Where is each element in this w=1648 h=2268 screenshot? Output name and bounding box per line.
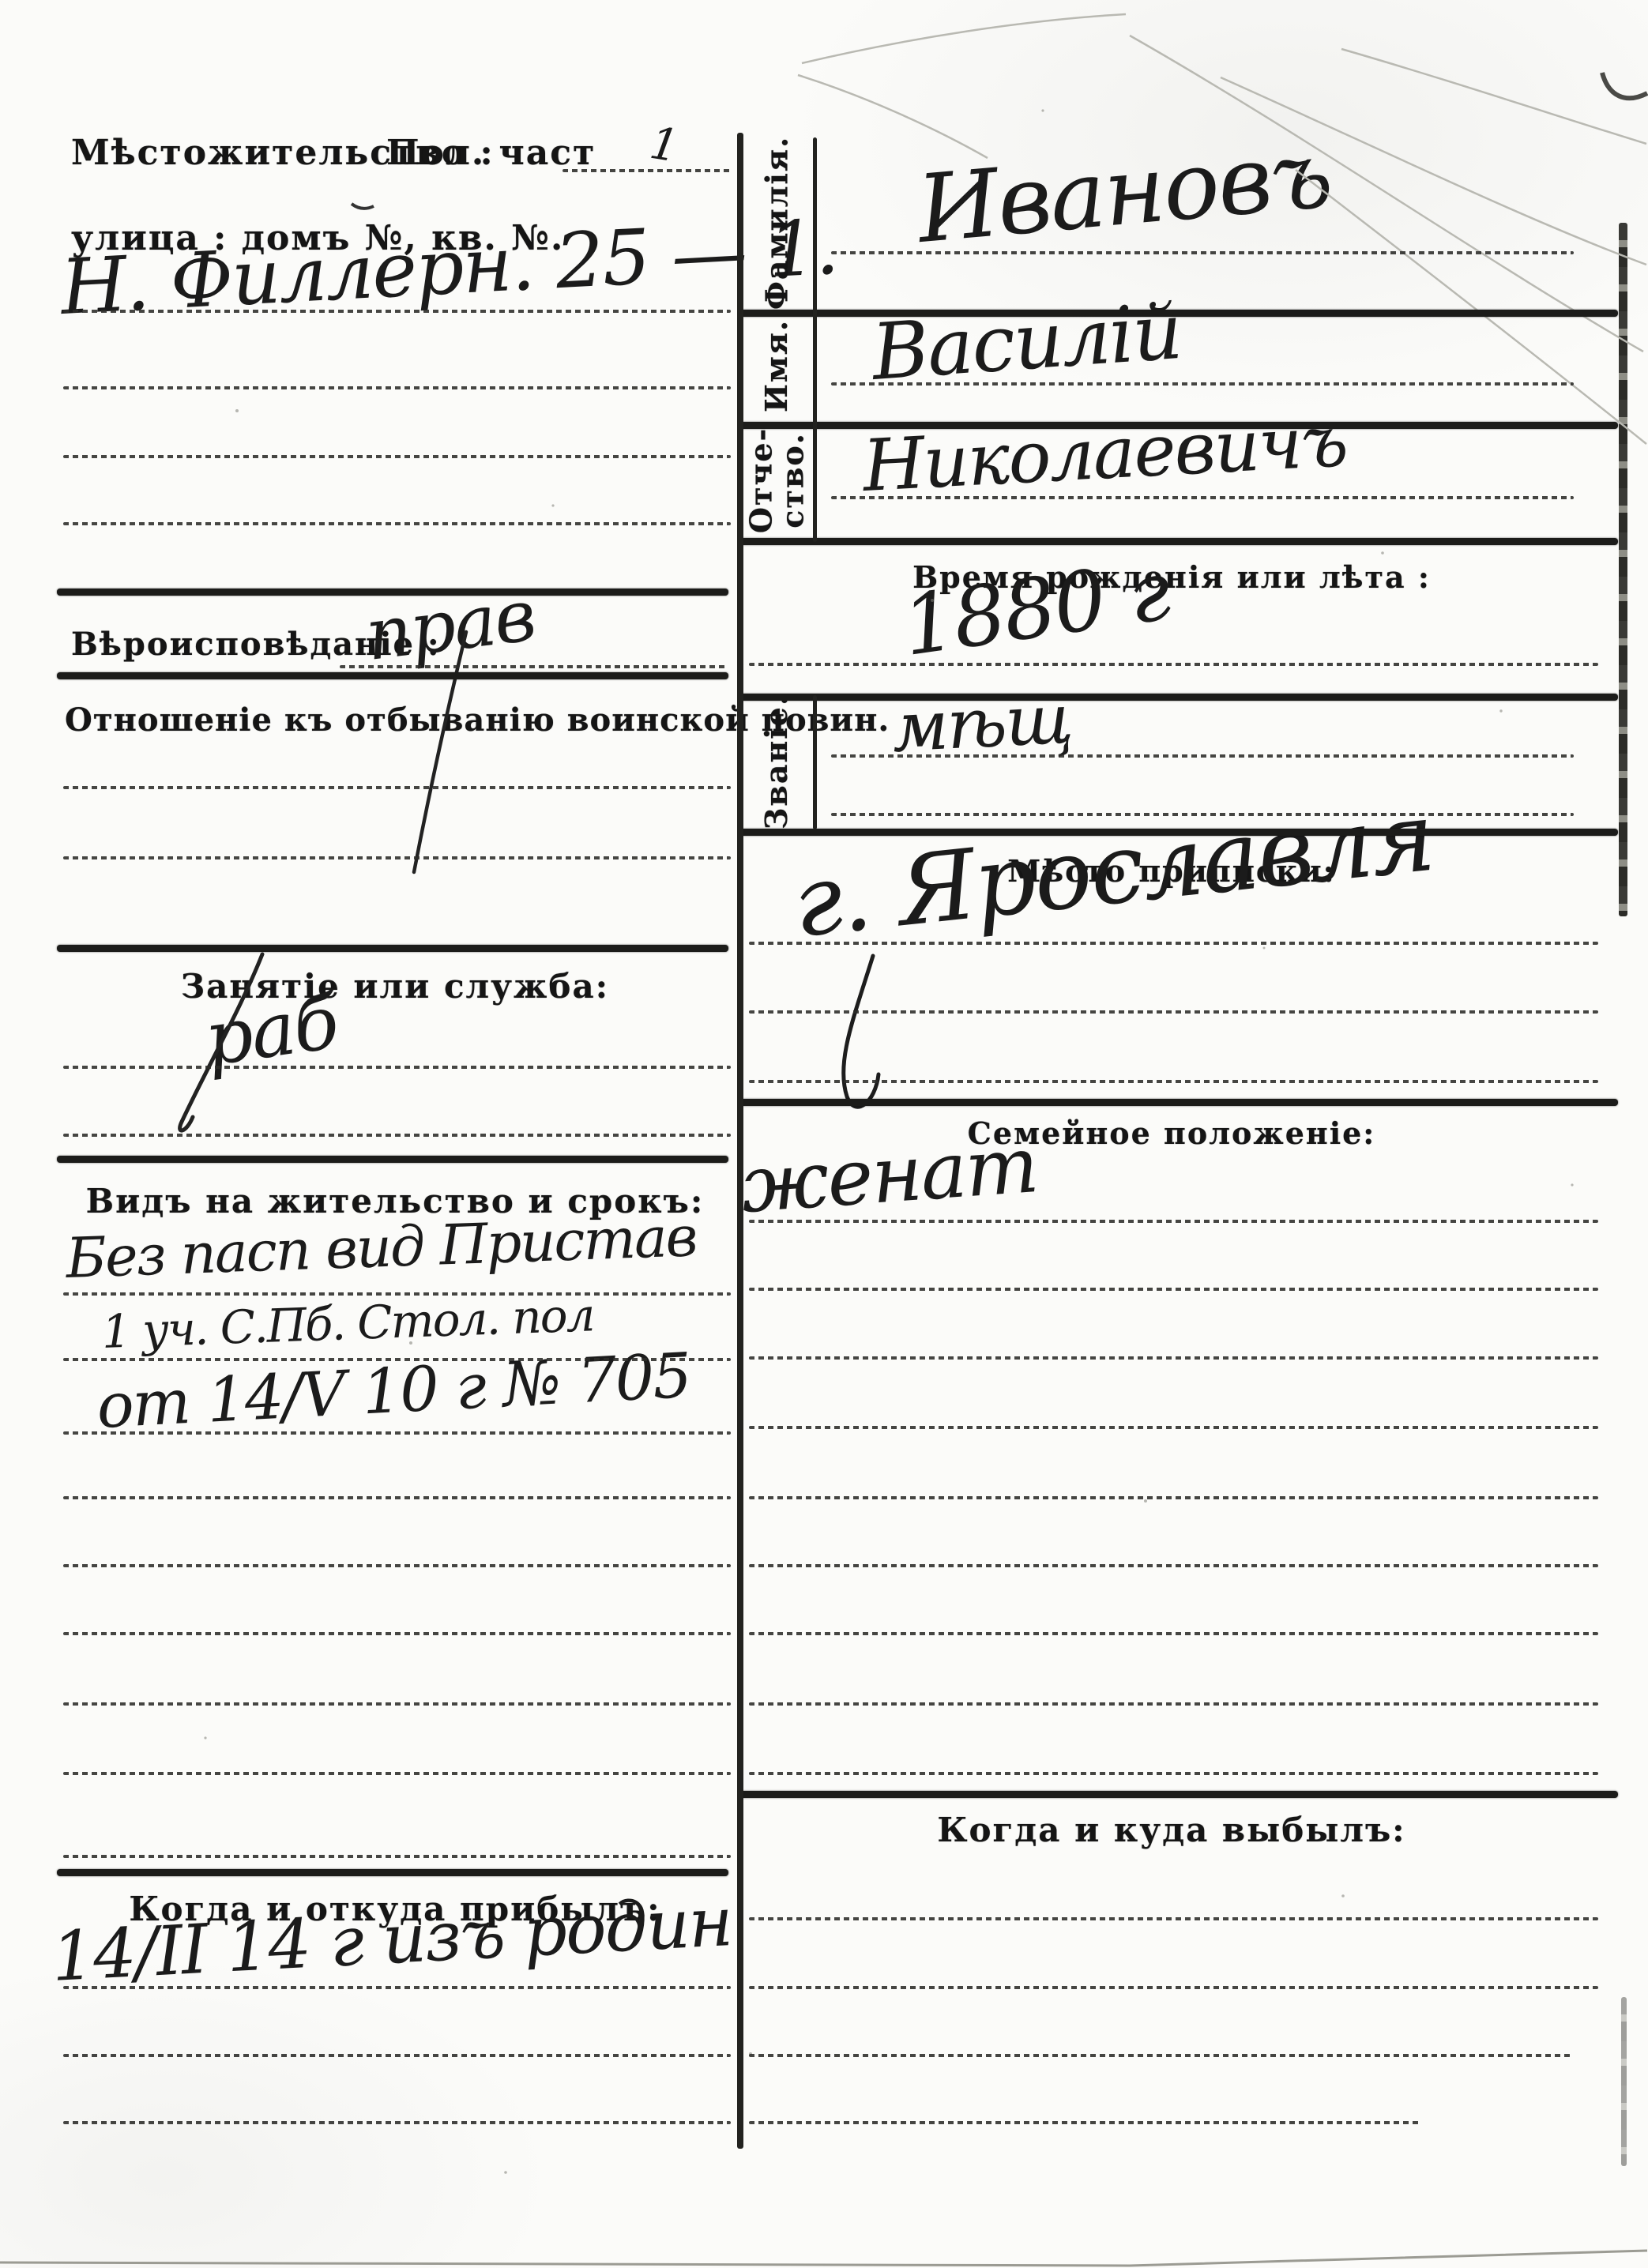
section-bar-left xyxy=(57,672,728,679)
patronymic-label-cell: Отче-ство. xyxy=(737,425,816,536)
patronymic-label-line1: Отче- xyxy=(745,427,777,533)
section-bar-right xyxy=(739,829,1618,836)
patronymic-label-line2: ство. xyxy=(777,427,808,533)
dotted-rule-left xyxy=(563,169,731,172)
dotted-rule-left xyxy=(340,665,727,668)
surname-label: Фамилія. xyxy=(761,136,792,310)
rank-label: Званіе. xyxy=(761,694,792,829)
departed-label: Когда и куда выбылъ: xyxy=(749,1811,1594,1849)
dotted-rule-left xyxy=(63,1066,731,1069)
dotted-rule-right xyxy=(749,663,1598,666)
dotted-rule-left xyxy=(63,522,731,525)
paper-bottom-edge xyxy=(0,2251,1647,2266)
dotted-rule-right xyxy=(831,496,1574,499)
dotted-rule-right xyxy=(749,1986,1598,1989)
section-bar-left xyxy=(57,945,728,952)
vertical-divider xyxy=(737,133,743,2149)
dotted-rule-right xyxy=(749,942,1598,945)
dotted-rule-left xyxy=(63,786,731,789)
dotted-rule-right xyxy=(749,1496,1598,1499)
section-bar-left xyxy=(57,1156,728,1163)
dotted-rule-right xyxy=(749,2054,1571,2057)
section-bar-left xyxy=(57,1869,728,1876)
name-entry: Василій xyxy=(869,287,1183,398)
vertical-divider xyxy=(813,137,817,542)
section-bar-right xyxy=(739,538,1618,545)
scan-edge-artifact xyxy=(1619,223,1627,916)
residence-permit-entry-line2: 1 уч. С.Пб. Стол. пол xyxy=(101,1288,595,1359)
dotted-rule-right xyxy=(749,1772,1598,1775)
dotted-rule-right xyxy=(749,1080,1598,1083)
section-bar-right xyxy=(739,1099,1618,1106)
rank-label-cell: Званіе. xyxy=(737,697,816,826)
dotted-rule-right xyxy=(831,382,1574,386)
dotted-rule-left xyxy=(63,1496,731,1499)
birth-label: Время рожденія или лѣта : xyxy=(749,559,1594,595)
dotted-rule-right xyxy=(749,1288,1598,1291)
section-bar-left xyxy=(57,589,728,596)
dotted-rule-right xyxy=(749,1426,1598,1429)
dotted-rule-right xyxy=(749,2121,1420,2124)
dotted-rule-left xyxy=(63,2054,731,2057)
dotted-rule-left xyxy=(63,1134,731,1137)
dotted-rule-right xyxy=(749,1564,1598,1567)
vertical-divider xyxy=(813,695,817,829)
surname-entry: Ивановъ xyxy=(913,119,1335,264)
dotted-rule-left xyxy=(63,1358,731,1361)
name-label: Имя. xyxy=(761,319,792,412)
dotted-rule-right xyxy=(749,1010,1598,1014)
dotted-rule-left xyxy=(63,1855,731,1858)
dotted-rule-left xyxy=(63,310,731,313)
surname-label-cell: Фамилія. xyxy=(737,139,816,307)
occupation-label: Занятіе или служба: xyxy=(59,967,731,1006)
residence-part-entry: 1 xyxy=(646,118,680,172)
patronymic-label: Отче-ство. xyxy=(745,427,808,533)
dotted-rule-left xyxy=(63,386,731,389)
pen-tick-mark xyxy=(352,204,374,209)
registration-place-entry: г. Ярославля xyxy=(788,780,1439,959)
registration-card-scan: Мѣстожительство : Пол. част 1 улица : до… xyxy=(0,0,1648,2268)
dotted-rule-left xyxy=(63,1431,731,1435)
dotted-rule-right xyxy=(749,1702,1598,1706)
dotted-rule-right xyxy=(831,813,1574,816)
dotted-rule-right xyxy=(749,1356,1598,1360)
dotted-rule-left xyxy=(63,1632,731,1635)
section-bar-right xyxy=(739,310,1618,317)
dotted-rule-left xyxy=(63,1702,731,1706)
scan-edge-artifact-lower xyxy=(1621,1997,1627,2166)
dotted-rule-left xyxy=(63,455,731,458)
dotted-rule-left xyxy=(63,1564,731,1567)
pen-stroke-registration-flourish xyxy=(844,956,879,1107)
dotted-rule-left xyxy=(63,1772,731,1775)
dotted-rule-left xyxy=(63,1292,731,1296)
name-label-cell: Имя. xyxy=(737,313,816,419)
dotted-rule-left xyxy=(63,2121,731,2124)
residence-part-label: Пол. част xyxy=(386,133,596,173)
section-bar-right xyxy=(739,694,1618,701)
dotted-rule-right xyxy=(749,1632,1598,1635)
section-bar-right xyxy=(739,1791,1618,1798)
patronymic-entry: Николаевичъ xyxy=(861,400,1349,508)
dotted-rule-left xyxy=(63,1986,731,1989)
dotted-rule-right xyxy=(831,754,1574,758)
section-bar-right xyxy=(739,422,1618,429)
dotted-rule-left xyxy=(63,856,731,859)
dotted-rule-right xyxy=(831,251,1574,254)
crease-dark-hook xyxy=(1602,73,1647,98)
dotted-rule-right xyxy=(749,1917,1598,1920)
dotted-rule-right xyxy=(749,1220,1598,1223)
